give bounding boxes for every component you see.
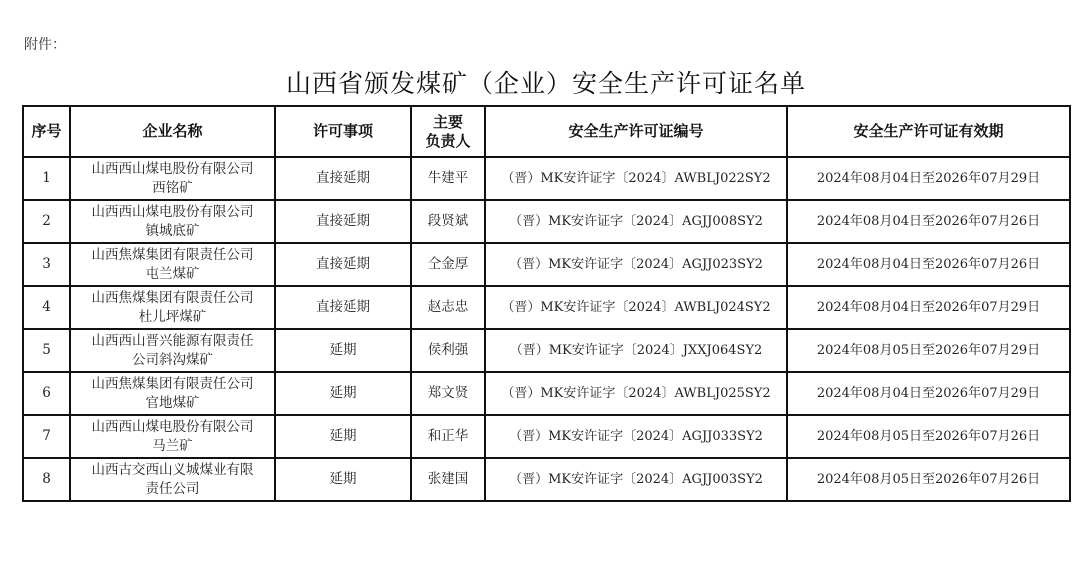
company-line1: 山西西山煤电股份有限公司	[71, 160, 274, 179]
cell-principal: 郑文贤	[411, 372, 485, 415]
cell-principal: 侯利强	[411, 329, 485, 372]
cell-license-no: （晋）MK安许证字〔2024〕AGJJ023SY2	[485, 243, 787, 286]
cell-principal: 和正华	[411, 415, 485, 458]
cell-validity: 2024年08月04日至2026年07月29日	[787, 372, 1070, 415]
cell-permit-item: 直接延期	[275, 243, 411, 286]
cell-permit-item: 延期	[275, 372, 411, 415]
cell-index: 2	[23, 200, 70, 243]
cell-company: 山西焦煤集团有限责任公司官地煤矿	[70, 372, 275, 415]
cell-principal: 段贤斌	[411, 200, 485, 243]
cell-license-no: （晋）MK安许证字〔2024〕AGJJ003SY2	[485, 458, 787, 501]
cell-principal: 赵志忠	[411, 286, 485, 329]
company-line1: 山西焦煤集团有限责任公司	[71, 246, 274, 265]
company-line2: 镇城底矿	[71, 222, 274, 241]
license-table: 序号 企业名称 许可事项 主要 负责人 安全生产许可证编号 安全生产许可证有效期…	[22, 105, 1071, 502]
company-line2: 责任公司	[71, 480, 274, 499]
cell-index: 3	[23, 243, 70, 286]
header-permit-item: 许可事项	[275, 106, 411, 157]
cell-validity: 2024年08月04日至2026年07月26日	[787, 200, 1070, 243]
cell-permit-item: 直接延期	[275, 286, 411, 329]
company-line1: 山西西山煤电股份有限公司	[71, 203, 274, 222]
company-line1: 山西西山晋兴能源有限责任	[71, 332, 274, 351]
cell-company: 山西西山煤电股份有限公司镇城底矿	[70, 200, 275, 243]
cell-license-no: （晋）MK安许证字〔2024〕AGJJ033SY2	[485, 415, 787, 458]
cell-license-no: （晋）MK安许证字〔2024〕AWBLJ022SY2	[485, 157, 787, 200]
cell-index: 8	[23, 458, 70, 501]
cell-permit-item: 直接延期	[275, 200, 411, 243]
company-line2: 马兰矿	[71, 437, 274, 456]
cell-index: 1	[23, 157, 70, 200]
header-validity: 安全生产许可证有效期	[787, 106, 1070, 157]
cell-company: 山西焦煤集团有限责任公司屯兰煤矿	[70, 243, 275, 286]
table-row: 2 山西西山煤电股份有限公司镇城底矿 直接延期 段贤斌 （晋）MK安许证字〔20…	[23, 200, 1070, 243]
cell-license-no: （晋）MK安许证字〔2024〕JXXJ064SY2	[485, 329, 787, 372]
cell-validity: 2024年08月04日至2026年07月26日	[787, 243, 1070, 286]
cell-company: 山西焦煤集团有限责任公司杜儿坪煤矿	[70, 286, 275, 329]
table-row: 8 山西古交西山义城煤业有限责任公司 延期 张建国 （晋）MK安许证字〔2024…	[23, 458, 1070, 501]
cell-validity: 2024年08月04日至2026年07月29日	[787, 286, 1070, 329]
company-line2: 西铭矿	[71, 179, 274, 198]
header-company: 企业名称	[70, 106, 275, 157]
cell-validity: 2024年08月05日至2026年07月26日	[787, 415, 1070, 458]
table-row: 5 山西西山晋兴能源有限责任公司斜沟煤矿 延期 侯利强 （晋）MK安许证字〔20…	[23, 329, 1070, 372]
cell-permit-item: 直接延期	[275, 157, 411, 200]
cell-validity: 2024年08月05日至2026年07月29日	[787, 329, 1070, 372]
company-line1: 山西焦煤集团有限责任公司	[71, 375, 274, 394]
table-row: 3 山西焦煤集团有限责任公司屯兰煤矿 直接延期 仝金厚 （晋）MK安许证字〔20…	[23, 243, 1070, 286]
cell-license-no: （晋）MK安许证字〔2024〕AGJJ008SY2	[485, 200, 787, 243]
cell-validity: 2024年08月04日至2026年07月29日	[787, 157, 1070, 200]
company-line2: 杜儿坪煤矿	[71, 308, 274, 327]
company-line2: 屯兰煤矿	[71, 265, 274, 284]
cell-license-no: （晋）MK安许证字〔2024〕AWBLJ025SY2	[485, 372, 787, 415]
cell-validity: 2024年08月05日至2026年07月26日	[787, 458, 1070, 501]
cell-permit-item: 延期	[275, 415, 411, 458]
table-header-row: 序号 企业名称 许可事项 主要 负责人 安全生产许可证编号 安全生产许可证有效期	[23, 106, 1070, 157]
cell-company: 山西西山煤电股份有限公司西铭矿	[70, 157, 275, 200]
cell-index: 6	[23, 372, 70, 415]
table-row: 1 山西西山煤电股份有限公司西铭矿 直接延期 牛建平 （晋）MK安许证字〔202…	[23, 157, 1070, 200]
cell-index: 7	[23, 415, 70, 458]
cell-index: 5	[23, 329, 70, 372]
cell-permit-item: 延期	[275, 458, 411, 501]
cell-principal: 仝金厚	[411, 243, 485, 286]
table-row: 6 山西焦煤集团有限责任公司官地煤矿 延期 郑文贤 （晋）MK安许证字〔2024…	[23, 372, 1070, 415]
cell-company: 山西古交西山义城煤业有限责任公司	[70, 458, 275, 501]
header-principal-line1: 主要	[412, 113, 484, 132]
cell-principal: 张建国	[411, 458, 485, 501]
company-line2: 官地煤矿	[71, 394, 274, 413]
table-row: 4 山西焦煤集团有限责任公司杜儿坪煤矿 直接延期 赵志忠 （晋）MK安许证字〔2…	[23, 286, 1070, 329]
attachment-label: 附件：	[24, 34, 66, 54]
company-line1: 山西西山煤电股份有限公司	[71, 418, 274, 437]
cell-company: 山西西山晋兴能源有限责任公司斜沟煤矿	[70, 329, 275, 372]
cell-principal: 牛建平	[411, 157, 485, 200]
table-row: 7 山西西山煤电股份有限公司马兰矿 延期 和正华 （晋）MK安许证字〔2024〕…	[23, 415, 1070, 458]
document-title: 山西省颁发煤矿（企业）安全生产许可证名单	[0, 64, 1092, 100]
company-line1: 山西焦煤集团有限责任公司	[71, 289, 274, 308]
header-principal-line2: 负责人	[412, 132, 484, 151]
cell-permit-item: 延期	[275, 329, 411, 372]
header-license-no: 安全生产许可证编号	[485, 106, 787, 157]
header-principal: 主要 负责人	[411, 106, 485, 157]
header-index: 序号	[23, 106, 70, 157]
cell-index: 4	[23, 286, 70, 329]
cell-license-no: （晋）MK安许证字〔2024〕AWBLJ024SY2	[485, 286, 787, 329]
company-line2: 公司斜沟煤矿	[71, 351, 274, 370]
company-line1: 山西古交西山义城煤业有限	[71, 461, 274, 480]
cell-company: 山西西山煤电股份有限公司马兰矿	[70, 415, 275, 458]
